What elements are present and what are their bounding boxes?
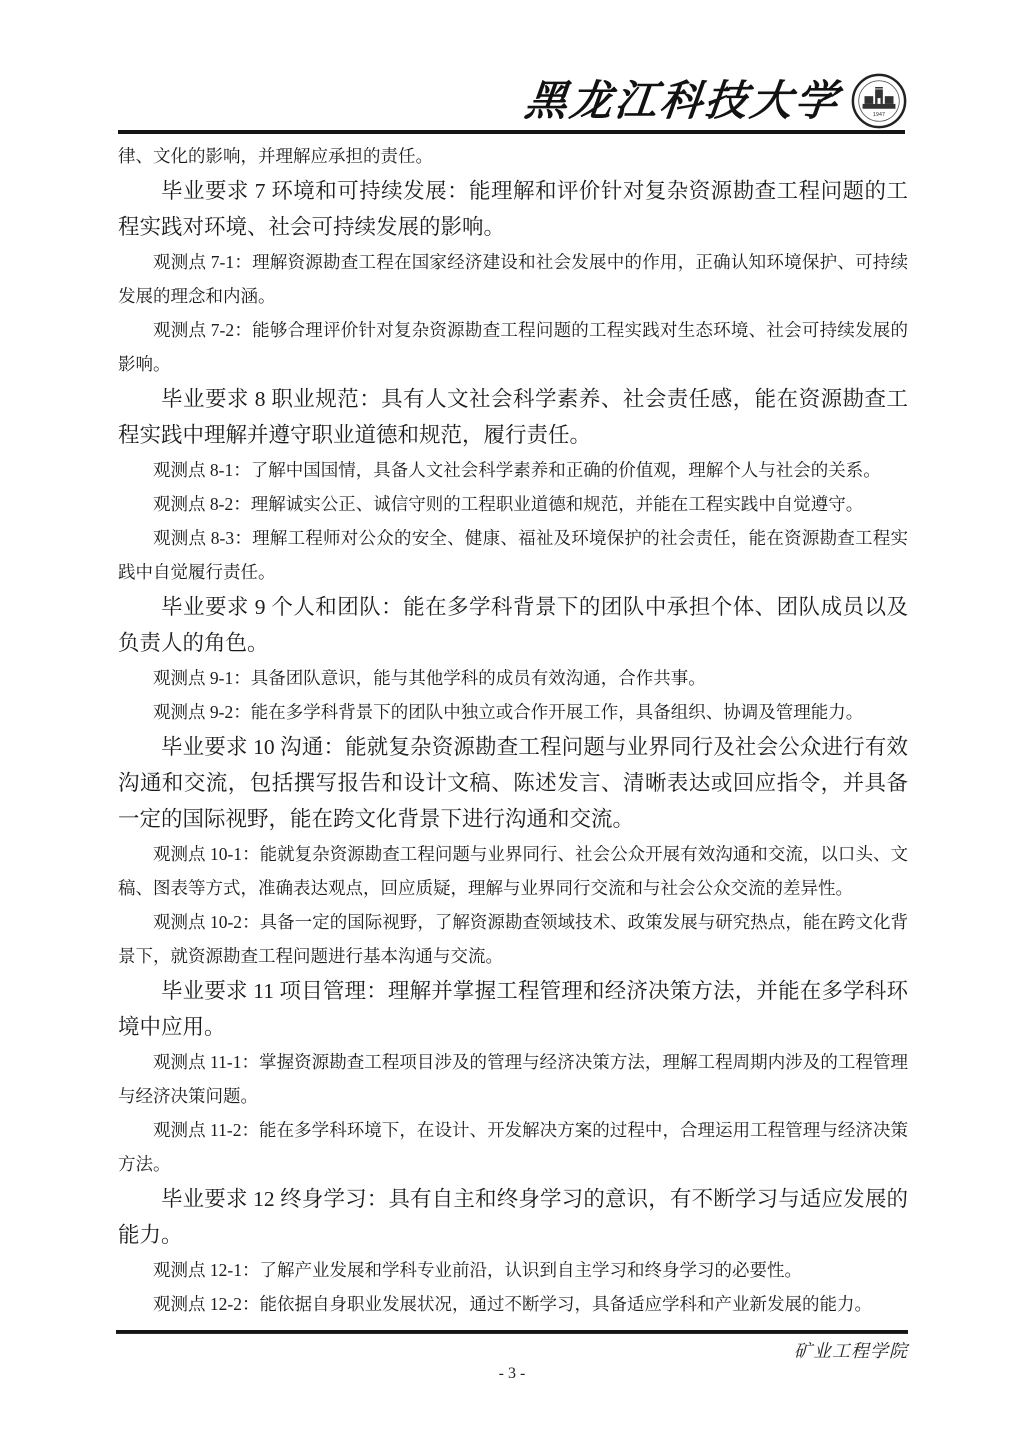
paragraph-requirement-7: 毕业要求 7 环境和可持续发展：能理解和评价针对复杂资源勘查工程问题的工程实践对… xyxy=(118,173,908,245)
page-header: 黑龙江科技大学 1947 xyxy=(118,68,908,134)
paragraph-observation-11-1: 观测点 11-1：掌握资源勘查工程项目涉及的管理与经济决策方法，理解工程周期内涉… xyxy=(118,1045,908,1113)
paragraph-observation-12-1: 观测点 12-1：了解产业发展和学科专业前沿，认识到自主学习和终身学习的必要性。 xyxy=(118,1253,908,1287)
page-footer: 矿业工程学院 - 3 - xyxy=(116,1330,908,1383)
paragraph-observation-8-1: 观测点 8-1：了解中国国情，具备人文社会科学素养和正确的价值观，理解个人与社会… xyxy=(118,453,908,487)
seal-year-text: 1947 xyxy=(873,112,885,118)
paragraph-requirement-10: 毕业要求 10 沟通：能就复杂资源勘查工程问题与业界同行及社会公众进行有效沟通和… xyxy=(118,729,908,837)
paragraph-observation-7-1: 观测点 7-1：理解资源勘查工程在国家经济建设和社会发展中的作用，正确认知环境保… xyxy=(118,245,908,313)
university-seal-icon: 1947 xyxy=(850,72,908,130)
paragraph-requirement-12: 毕业要求 12 终身学习：具有自主和终身学习的意识，有不断学习与适应发展的能力。 xyxy=(118,1181,908,1253)
paragraph-requirement-9: 毕业要求 9 个人和团队：能在多学科背景下的团队中承担个体、团队成员以及负责人的… xyxy=(118,589,908,661)
paragraph-observation-9-2: 观测点 9-2：能在多学科背景下的团队中独立或合作开展工作，具备组织、协调及管理… xyxy=(118,695,908,729)
document-body: 律、文化的影响，并理解应承担的责任。 毕业要求 7 环境和可持续发展：能理解和评… xyxy=(118,139,908,1321)
paragraph-observation-7-2: 观测点 7-2：能够合理评价针对复杂资源勘查工程问题的工程实践对生态环境、社会可… xyxy=(118,313,908,381)
footer-department: 矿业工程学院 xyxy=(116,1337,908,1363)
paragraph-observation-10-2: 观测点 10-2：具备一定的国际视野，了解资源勘查领域技术、政策发展与研究热点，… xyxy=(118,905,908,973)
paragraph-requirement-8: 毕业要求 8 职业规范：具有人文社会科学素养、社会责任感，能在资源勘查工程实践中… xyxy=(118,381,908,453)
paragraph-continuation: 律、文化的影响，并理解应承担的责任。 xyxy=(118,139,908,173)
paragraph-observation-11-2: 观测点 11-2：能在多学科环境下，在设计、开发解决方案的过程中，合理运用工程管… xyxy=(118,1113,908,1181)
header-divider-line xyxy=(118,130,905,134)
document-page: 黑龙江科技大学 1947 律、文化的影响，并理解应承担的责任。 毕业要求 7 环… xyxy=(0,0,1024,1448)
paragraph-observation-10-1: 观测点 10-1：能就复杂资源勘查工程问题与业界同行、社会公众开展有效沟通和交流… xyxy=(118,837,908,905)
paragraph-observation-8-2: 观测点 8-2：理解诚实公正、诚信守则的工程职业道德和规范，并能在工程实践中自觉… xyxy=(118,487,908,521)
university-logo-text: 黑龙江科技大学 xyxy=(523,80,842,122)
paragraph-observation-9-1: 观测点 9-1：具备团队意识，能与其他学科的成员有效沟通，合作共事。 xyxy=(118,661,908,695)
footer-divider-line xyxy=(116,1330,908,1334)
paragraph-observation-12-2: 观测点 12-2：能依据自身职业发展状况，通过不断学习，具备适应学科和产业新发展… xyxy=(118,1287,908,1321)
page-number: - 3 - xyxy=(116,1365,908,1383)
paragraph-requirement-11: 毕业要求 11 项目管理：理解并掌握工程管理和经济决策方法，并能在多学科环境中应… xyxy=(118,973,908,1045)
paragraph-observation-8-3: 观测点 8-3：理解工程师对公众的安全、健康、福祉及环境保护的社会责任，能在资源… xyxy=(118,521,908,589)
